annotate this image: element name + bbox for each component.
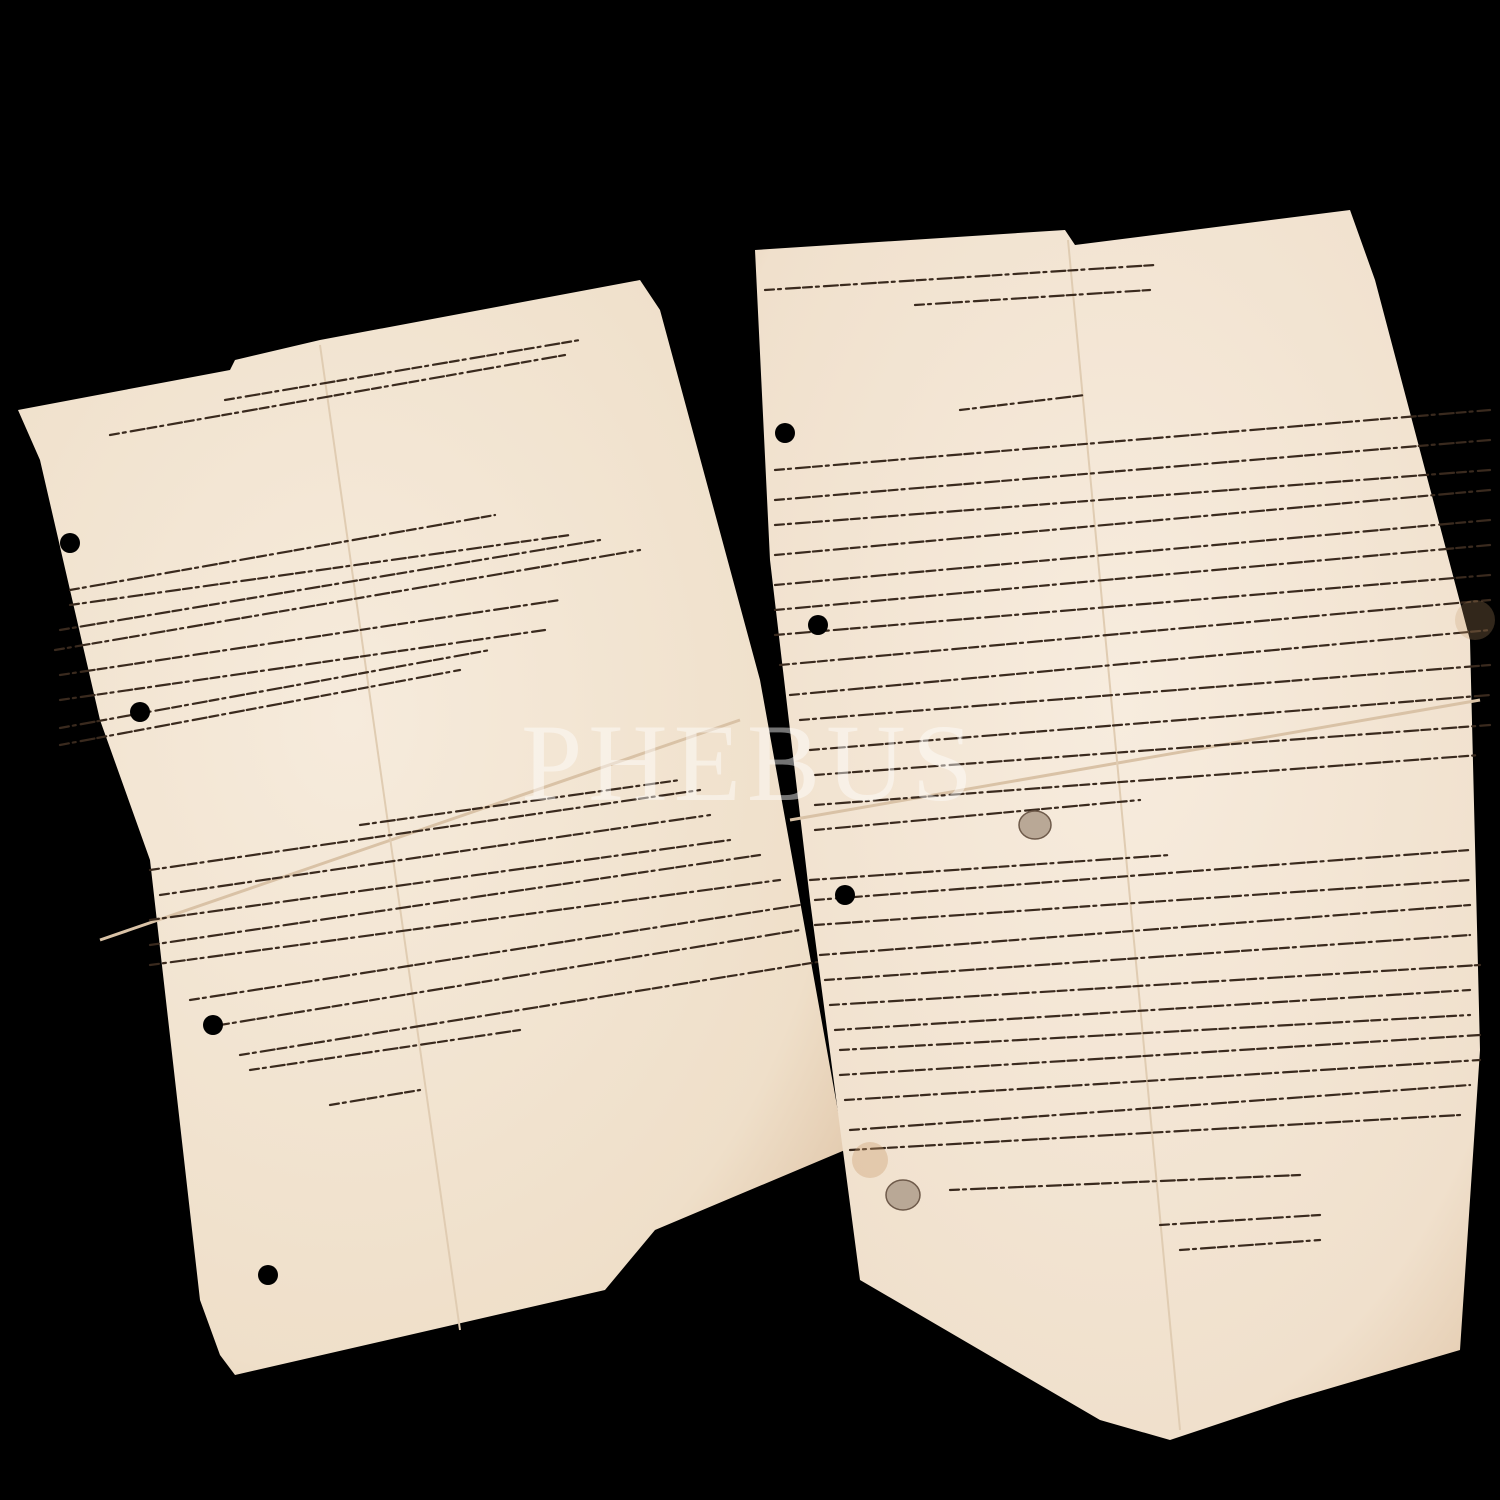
punch-hole [835, 885, 855, 905]
left-document [18, 280, 845, 1375]
punch-hole [808, 615, 828, 635]
punch-hole [775, 423, 795, 443]
punch-hole [258, 1265, 278, 1285]
photo: PHEBUS [0, 0, 1500, 1500]
watermark: PHEBUS [0, 700, 1500, 827]
ink-seal [886, 1180, 920, 1210]
punch-hole [203, 1015, 223, 1035]
punch-hole [60, 533, 80, 553]
